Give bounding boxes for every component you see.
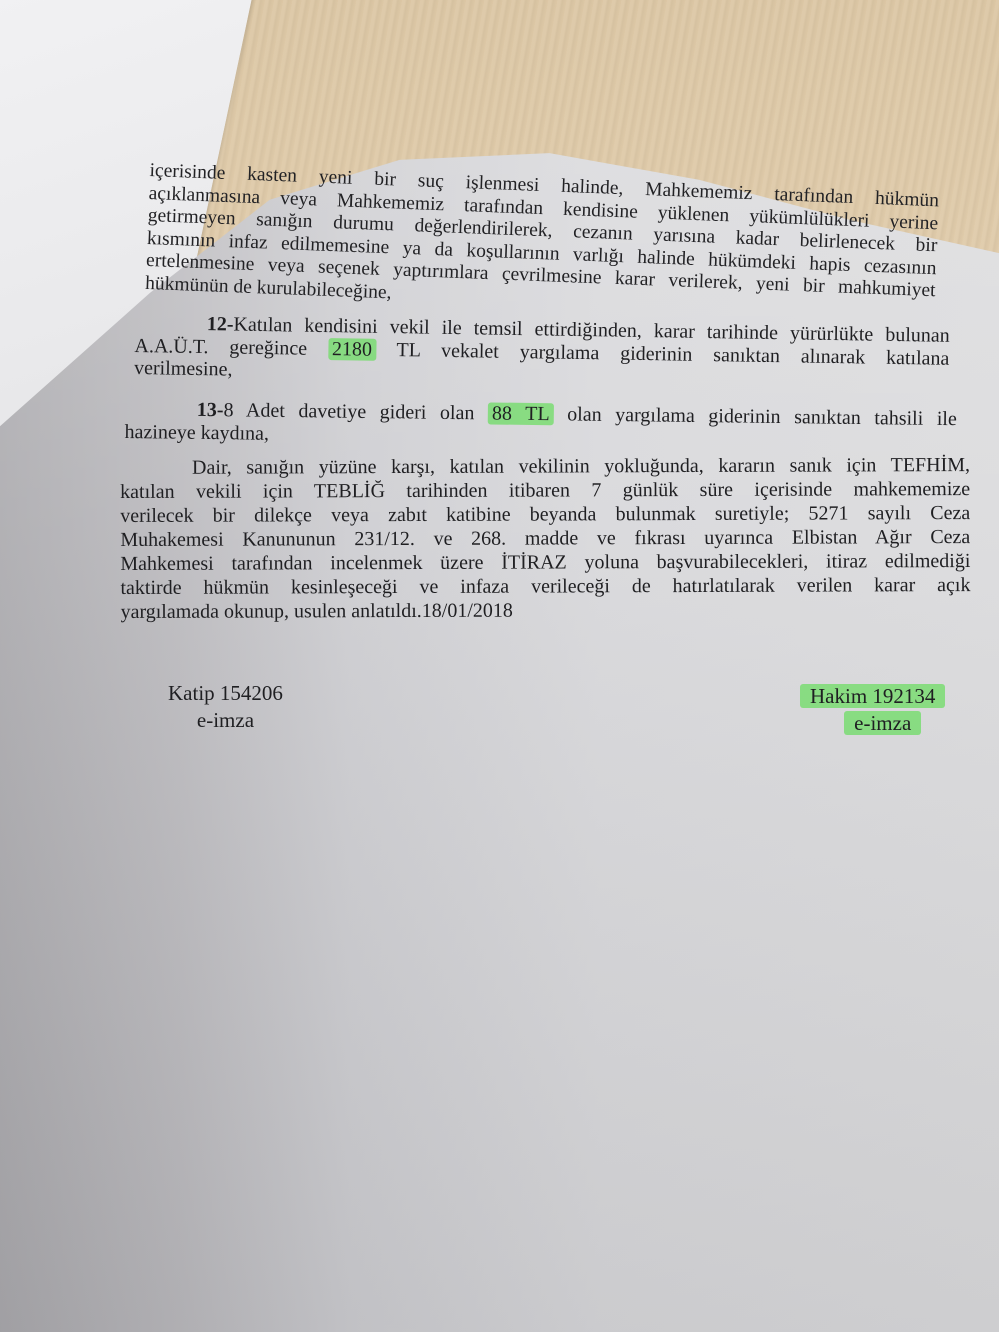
clerk-signature-method: e-imza: [168, 707, 283, 734]
paragraph-line: yargılamada okunup, usulen anlatıldı.18/…: [121, 597, 971, 624]
paragraph-final: Dair, sanığın yüzüne karşı, katılan veki…: [120, 453, 971, 624]
item-number: 13-: [197, 399, 224, 421]
paragraph-12: 12-Katılan kendisini vekil ile temsil et…: [134, 312, 950, 392]
paragraph-line: taktirde hükmün kesinleşeceği ve infaza …: [120, 573, 970, 600]
clerk-signature: Katip 154206 e-imza: [168, 680, 283, 734]
paragraph-line: verilecek bir dilekçe veya zabıt katibin…: [120, 501, 970, 528]
paragraph-line: katılan vekili için TEBLİĞ tarihinden it…: [120, 477, 970, 504]
paragraph-line: Dair, sanığın yüzüne karşı, katılan veki…: [120, 453, 970, 480]
item-number: 12-: [207, 313, 234, 335]
highlighted-amount: 88 TL: [488, 402, 554, 425]
judge-signature-method: e-imza: [844, 711, 921, 735]
paragraph-line: Mahkemesi tarafından incelenmek üzere İT…: [120, 549, 970, 576]
judge-title: Hakim 192134: [800, 684, 945, 708]
judge-signature: Hakim 192134 e-imza: [800, 683, 945, 737]
paragraph-line: Muhakemesi Kanununun 231/12. ve 268. mad…: [120, 525, 970, 552]
clerk-title: Katip 154206: [168, 680, 283, 707]
highlighted-amount: 2180: [328, 338, 376, 361]
